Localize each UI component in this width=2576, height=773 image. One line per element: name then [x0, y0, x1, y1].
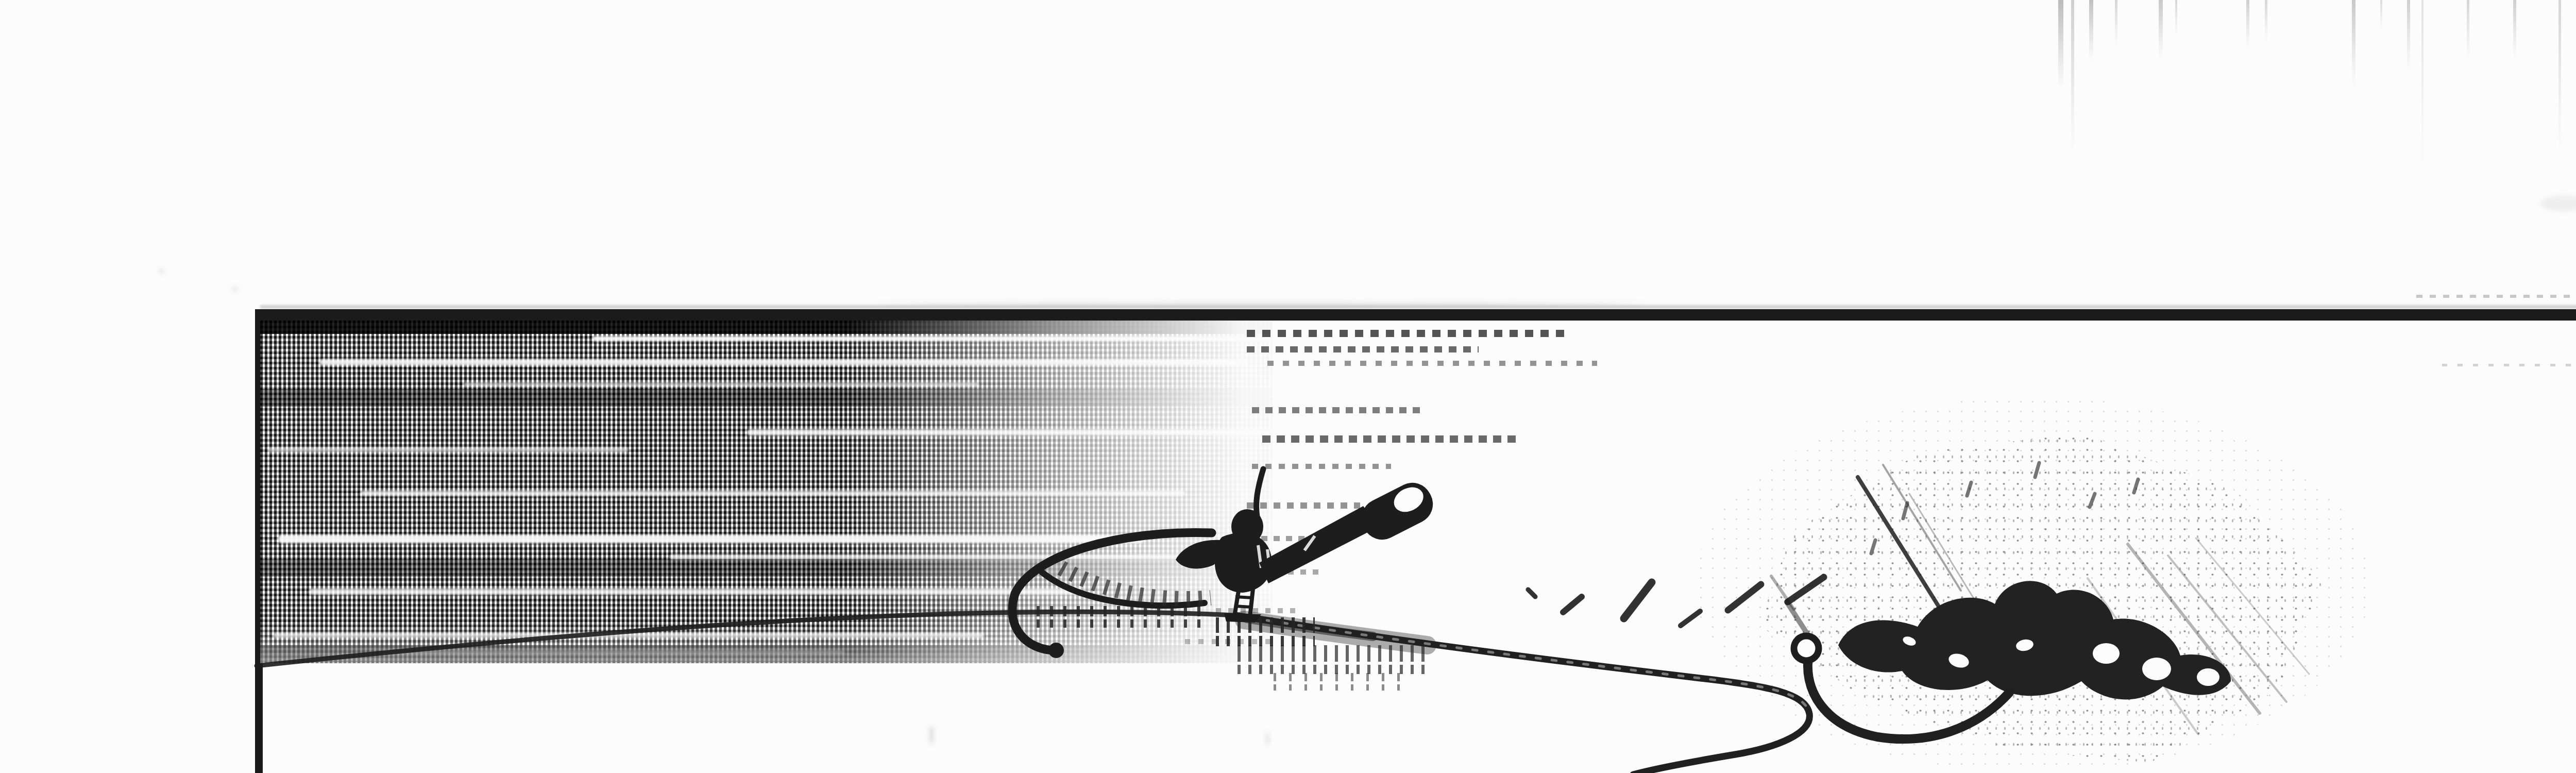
motion-arc-tip: [1048, 643, 1064, 658]
figure-foot: [1224, 613, 1261, 623]
figure-kick-leg: [1259, 506, 1379, 583]
motion-arc-outer: [1012, 532, 1212, 650]
motion-arc-ribbon: [1012, 532, 1212, 650]
figure-boot: [1355, 476, 1440, 547]
figure-arm: [1176, 540, 1222, 569]
tumbling-crash-figure: [1771, 463, 2309, 739]
crash-hook-ring: [1794, 636, 1819, 661]
motion-arc-inner: [1042, 572, 1205, 606]
curved-ground-line: [257, 612, 1809, 773]
figure-topknot: [1257, 469, 1264, 516]
panel-artwork: [0, 0, 2576, 773]
crash-debris-ticks: [1871, 463, 2138, 553]
flying-debris-dashes: [1528, 577, 1824, 626]
comic-page-scan: [0, 0, 2576, 773]
